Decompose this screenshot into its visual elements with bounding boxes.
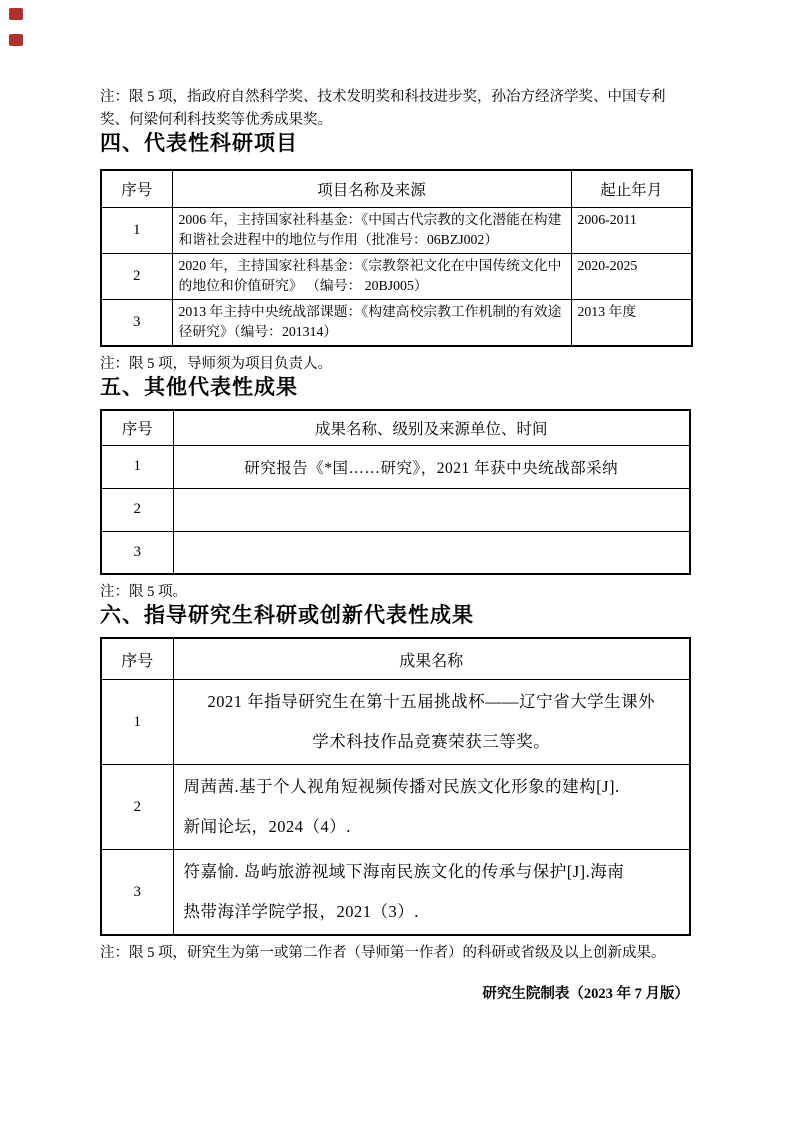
col-header-no: 序号	[101, 170, 172, 208]
achievement-name	[173, 488, 690, 531]
result-line: 周茜茜.基于个人视角短视频传播对民族文化形象的建构[J].	[184, 767, 680, 807]
other-achievements-table: 序号 成果名称、级别及来源单位、时间 1 研究报告《*国……研究》，2021 年…	[100, 409, 691, 576]
row-number: 1	[101, 208, 172, 254]
col-header-project-name: 项目名称及来源	[172, 170, 571, 208]
result-line: 学术科技作品竞赛荣获三等奖。	[184, 722, 680, 762]
table-row: 1 2021 年指导研究生在第十五届挑战杯——辽宁省大学生课外 学术科技作品竞赛…	[101, 680, 690, 765]
project-period: 2013 年度	[571, 300, 692, 346]
result-name: 周茜茜.基于个人视角短视频传播对民族文化形象的建构[J]. 新闻论坛，2024（…	[173, 765, 690, 850]
table-row: 1 2006 年，主持国家社科基金：《中国古代宗教的文化潜能在构建和谐社会进程中…	[101, 208, 692, 254]
col-header-no: 序号	[101, 410, 173, 446]
project-period: 2006-2011	[571, 208, 692, 254]
row-number: 3	[101, 531, 173, 574]
student-achievements-table: 序号 成果名称 1 2021 年指导研究生在第十五届挑战杯——辽宁省大学生课外 …	[100, 637, 691, 936]
note-students: 注：限 5 项，研究生为第一或第二作者（导师第一作者）的科研或省级及以上创新成果…	[100, 942, 691, 965]
red-marker-icon	[9, 8, 23, 20]
section5-title: 五、其他代表性成果	[100, 376, 691, 400]
row-number: 2	[101, 765, 173, 850]
project-name: 2006 年，主持国家社科基金：《中国古代宗教的文化潜能在构建和谐社会进程中的地…	[172, 208, 571, 254]
document-page: 注：限 5 项，指政府自然科学奖、技术发明奖和科技进步奖，孙冶方经济学奖、中国专…	[0, 0, 793, 1122]
achievements-header-row: 序号 成果名称、级别及来源单位、时间	[101, 410, 690, 446]
project-period: 2020-2025	[571, 254, 692, 300]
result-line: 热带海洋学院学报，2021（3）.	[184, 892, 680, 932]
table-row: 2	[101, 488, 690, 531]
section6-title: 六、指导研究生科研或创新代表性成果	[100, 604, 691, 628]
table-row: 2 2020 年，主持国家社科基金：《宗教祭祀文化在中国传统文化中的地位和价值研…	[101, 254, 692, 300]
table-row: 3 2013 年主持中央统战部课题：《构建高校宗教工作机制的有效途径研究》（编号…	[101, 300, 692, 346]
red-marker-icon	[9, 34, 23, 46]
note-awards: 注：限 5 项，指政府自然科学奖、技术发明奖和科技进步奖，孙冶方经济学奖、中国专…	[100, 86, 691, 132]
table-row: 3 符嘉愉. 岛屿旅游视域下海南民族文化的传承与保护[J].海南 热带海洋学院学…	[101, 850, 690, 936]
result-name: 符嘉愉. 岛屿旅游视域下海南民族文化的传承与保护[J].海南 热带海洋学院学报，…	[173, 850, 690, 936]
achievement-name	[173, 531, 690, 574]
page-content: 注：限 5 项，指政府自然科学奖、技术发明奖和科技进步奖，孙冶方经济学奖、中国专…	[100, 0, 691, 1018]
col-header-achievement: 成果名称、级别及来源单位、时间	[173, 410, 690, 446]
row-number: 3	[101, 850, 173, 936]
project-name: 2020 年，主持国家社科基金：《宗教祭祀文化在中国传统文化中的地位和价值研究》…	[172, 254, 571, 300]
row-number: 1	[101, 445, 173, 488]
student-header-row: 序号 成果名称	[101, 638, 690, 680]
result-line: 符嘉愉. 岛屿旅游视域下海南民族文化的传承与保护[J].海南	[184, 852, 680, 892]
col-header-period: 起止年月	[571, 170, 692, 208]
col-header-result-name: 成果名称	[173, 638, 690, 680]
row-number: 2	[101, 254, 172, 300]
section4-title: 四、代表性科研项目	[100, 132, 691, 156]
table-row: 3	[101, 531, 690, 574]
result-line: 新闻论坛，2024（4）.	[184, 807, 680, 847]
achievement-name: 研究报告《*国……研究》，2021 年获中央统战部采纳	[173, 445, 690, 488]
row-number: 1	[101, 680, 173, 765]
note-projects: 注：限 5 项，导师须为项目负责人。	[100, 353, 691, 376]
col-header-no: 序号	[101, 638, 173, 680]
projects-table: 序号 项目名称及来源 起止年月 1 2006 年，主持国家社科基金：《中国古代宗…	[100, 169, 693, 347]
row-number: 2	[101, 488, 173, 531]
table-row: 2 周茜茜.基于个人视角短视频传播对民族文化形象的建构[J]. 新闻论坛，202…	[101, 765, 690, 850]
projects-header-row: 序号 项目名称及来源 起止年月	[101, 170, 692, 208]
note-other: 注：限 5 项。	[100, 581, 691, 604]
result-name: 2021 年指导研究生在第十五届挑战杯——辽宁省大学生课外 学术科技作品竞赛荣获…	[173, 680, 690, 765]
result-line: 2021 年指导研究生在第十五届挑战杯——辽宁省大学生课外	[184, 682, 680, 722]
row-number: 3	[101, 300, 172, 346]
project-name: 2013 年主持中央统战部课题：《构建高校宗教工作机制的有效途径研究》（编号：2…	[172, 300, 571, 346]
table-row: 1 研究报告《*国……研究》，2021 年获中央统战部采纳	[101, 445, 690, 488]
footer-credit: 研究生院制表（2023 年 7 月版）	[100, 982, 689, 1003]
